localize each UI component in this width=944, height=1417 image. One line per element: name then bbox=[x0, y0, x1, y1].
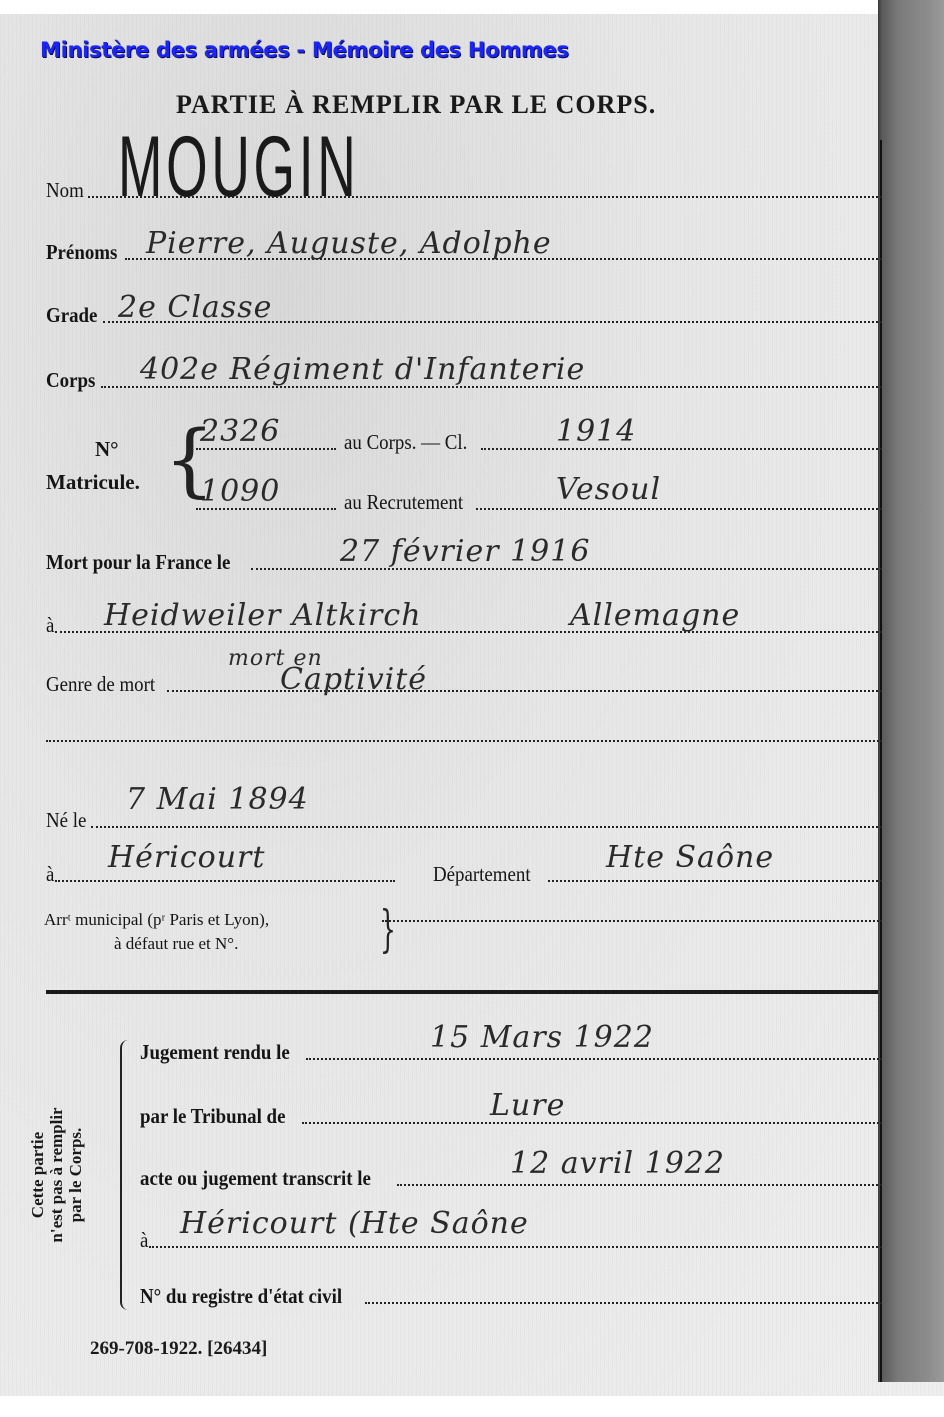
paper-edge-shadow bbox=[878, 0, 944, 1382]
arr-municipal-row bbox=[382, 920, 882, 927]
transcrit-a-dotted-line bbox=[149, 1246, 882, 1248]
side-note: Cette partie n'est pas à remplir par le … bbox=[28, 1060, 85, 1290]
tribunal-value: Lure bbox=[490, 1088, 565, 1123]
mort-le-value: 27 février 1916 bbox=[340, 534, 590, 569]
jugement-bracket bbox=[120, 1040, 128, 1310]
mort-a-label: à bbox=[46, 613, 54, 638]
jugement-rendu-label: Jugement rendu le bbox=[140, 1040, 290, 1065]
recrutement-place: Vesoul bbox=[556, 472, 661, 507]
ne-le-label: Né le bbox=[46, 808, 86, 833]
arr-municipal-label: Arrᵗ municipal (pʳ Paris et Lyon), bbox=[44, 910, 269, 930]
departement-label: Département bbox=[433, 862, 531, 887]
genre-de-mort-row: Genre de mort bbox=[46, 672, 882, 697]
arr-municipal-brace: { bbox=[380, 904, 396, 954]
genre-de-mort-label: Genre de mort bbox=[46, 672, 155, 697]
ne-a-label: à bbox=[46, 862, 54, 887]
au-corps-label: au Corps. — Cl. bbox=[344, 430, 467, 455]
transcrit-le-dotted-line bbox=[397, 1184, 882, 1186]
transcrit-a-label: à bbox=[140, 1228, 148, 1253]
arr-municipal-dotted-line bbox=[382, 920, 882, 922]
departement-dotted-line bbox=[548, 880, 882, 882]
genre-de-mort-dotted-line bbox=[167, 690, 882, 692]
prenoms-value: Pierre, Auguste, Adolphe bbox=[146, 226, 552, 261]
grade-label: Grade bbox=[46, 303, 97, 328]
grade-value: 2e Classe bbox=[118, 290, 272, 325]
side-note-line-2: n'est pas à remplir bbox=[47, 1060, 66, 1290]
blank-dotted-line bbox=[46, 740, 882, 742]
nom-row: Nom bbox=[46, 178, 882, 203]
footer-print-code: 269-708-1922. [26434] bbox=[90, 1338, 267, 1360]
jugement-rendu-dotted-line bbox=[306, 1058, 882, 1060]
ne-a-value: Héricourt bbox=[108, 840, 265, 875]
transcrit-a-value: Héricourt (Hte Saône bbox=[180, 1206, 529, 1241]
blank-row bbox=[46, 740, 882, 747]
prenoms-label: Prénoms bbox=[46, 240, 117, 265]
ne-le-value: 7 Mai 1894 bbox=[126, 782, 309, 817]
corps-value: 402e Régiment d'Infanterie bbox=[140, 352, 585, 387]
registre-label: N° du registre d'état civil bbox=[140, 1284, 342, 1309]
nom-dotted-line bbox=[88, 196, 882, 198]
mort-le-label: Mort pour la France le bbox=[46, 550, 230, 575]
genre-de-mort-value: Captivité bbox=[280, 662, 427, 697]
recrutement-place-dotted-line bbox=[476, 508, 882, 510]
classe-value: 1914 bbox=[556, 414, 636, 449]
tribunal-label: par le Tribunal de bbox=[140, 1104, 285, 1129]
form-heading: PARTIE À REMPLIR PAR LE CORPS. bbox=[176, 90, 656, 120]
ne-a-dotted-line bbox=[55, 880, 395, 882]
matricule-corps-row: au Corps. — Cl. bbox=[196, 430, 882, 455]
matricule-label-no: N° bbox=[95, 437, 119, 462]
nom-label: Nom bbox=[46, 178, 84, 203]
watermark-title: Ministère des armées - Mémoire des Homme… bbox=[40, 38, 569, 62]
mort-a-country: Allemagne bbox=[570, 598, 740, 633]
transcrit-le-value: 12 avril 1922 bbox=[510, 1146, 725, 1181]
au-recrutement-label: au Recrutement bbox=[344, 490, 463, 515]
au-corps-value: 2326 bbox=[200, 414, 280, 449]
matricule-label: Matricule. bbox=[46, 470, 140, 495]
ne-le-dotted-line bbox=[91, 826, 882, 828]
section-divider bbox=[46, 990, 878, 994]
arr-municipal-label-2: à défaut rue et N°. bbox=[114, 934, 238, 954]
recrutement-value: 1090 bbox=[200, 474, 280, 509]
mort-a-value: Heidweiler Altkirch bbox=[104, 598, 422, 633]
side-note-line-1: Cette partie bbox=[28, 1060, 47, 1290]
tribunal-dotted-line bbox=[302, 1122, 882, 1124]
matricule-recrutement-row: au Recrutement bbox=[196, 490, 882, 515]
corps-label: Corps bbox=[46, 368, 95, 393]
registre-dotted-line bbox=[365, 1302, 882, 1304]
classe-dotted-line bbox=[481, 448, 882, 450]
registre-row: N° du registre d'état civil bbox=[140, 1284, 882, 1309]
departement-value: Hte Saône bbox=[606, 840, 774, 875]
transcrit-le-label: acte ou jugement transcrit le bbox=[140, 1166, 371, 1191]
side-note-line-3: par le Corps. bbox=[66, 1060, 85, 1290]
jugement-rendu-value: 15 Mars 1922 bbox=[430, 1020, 654, 1055]
